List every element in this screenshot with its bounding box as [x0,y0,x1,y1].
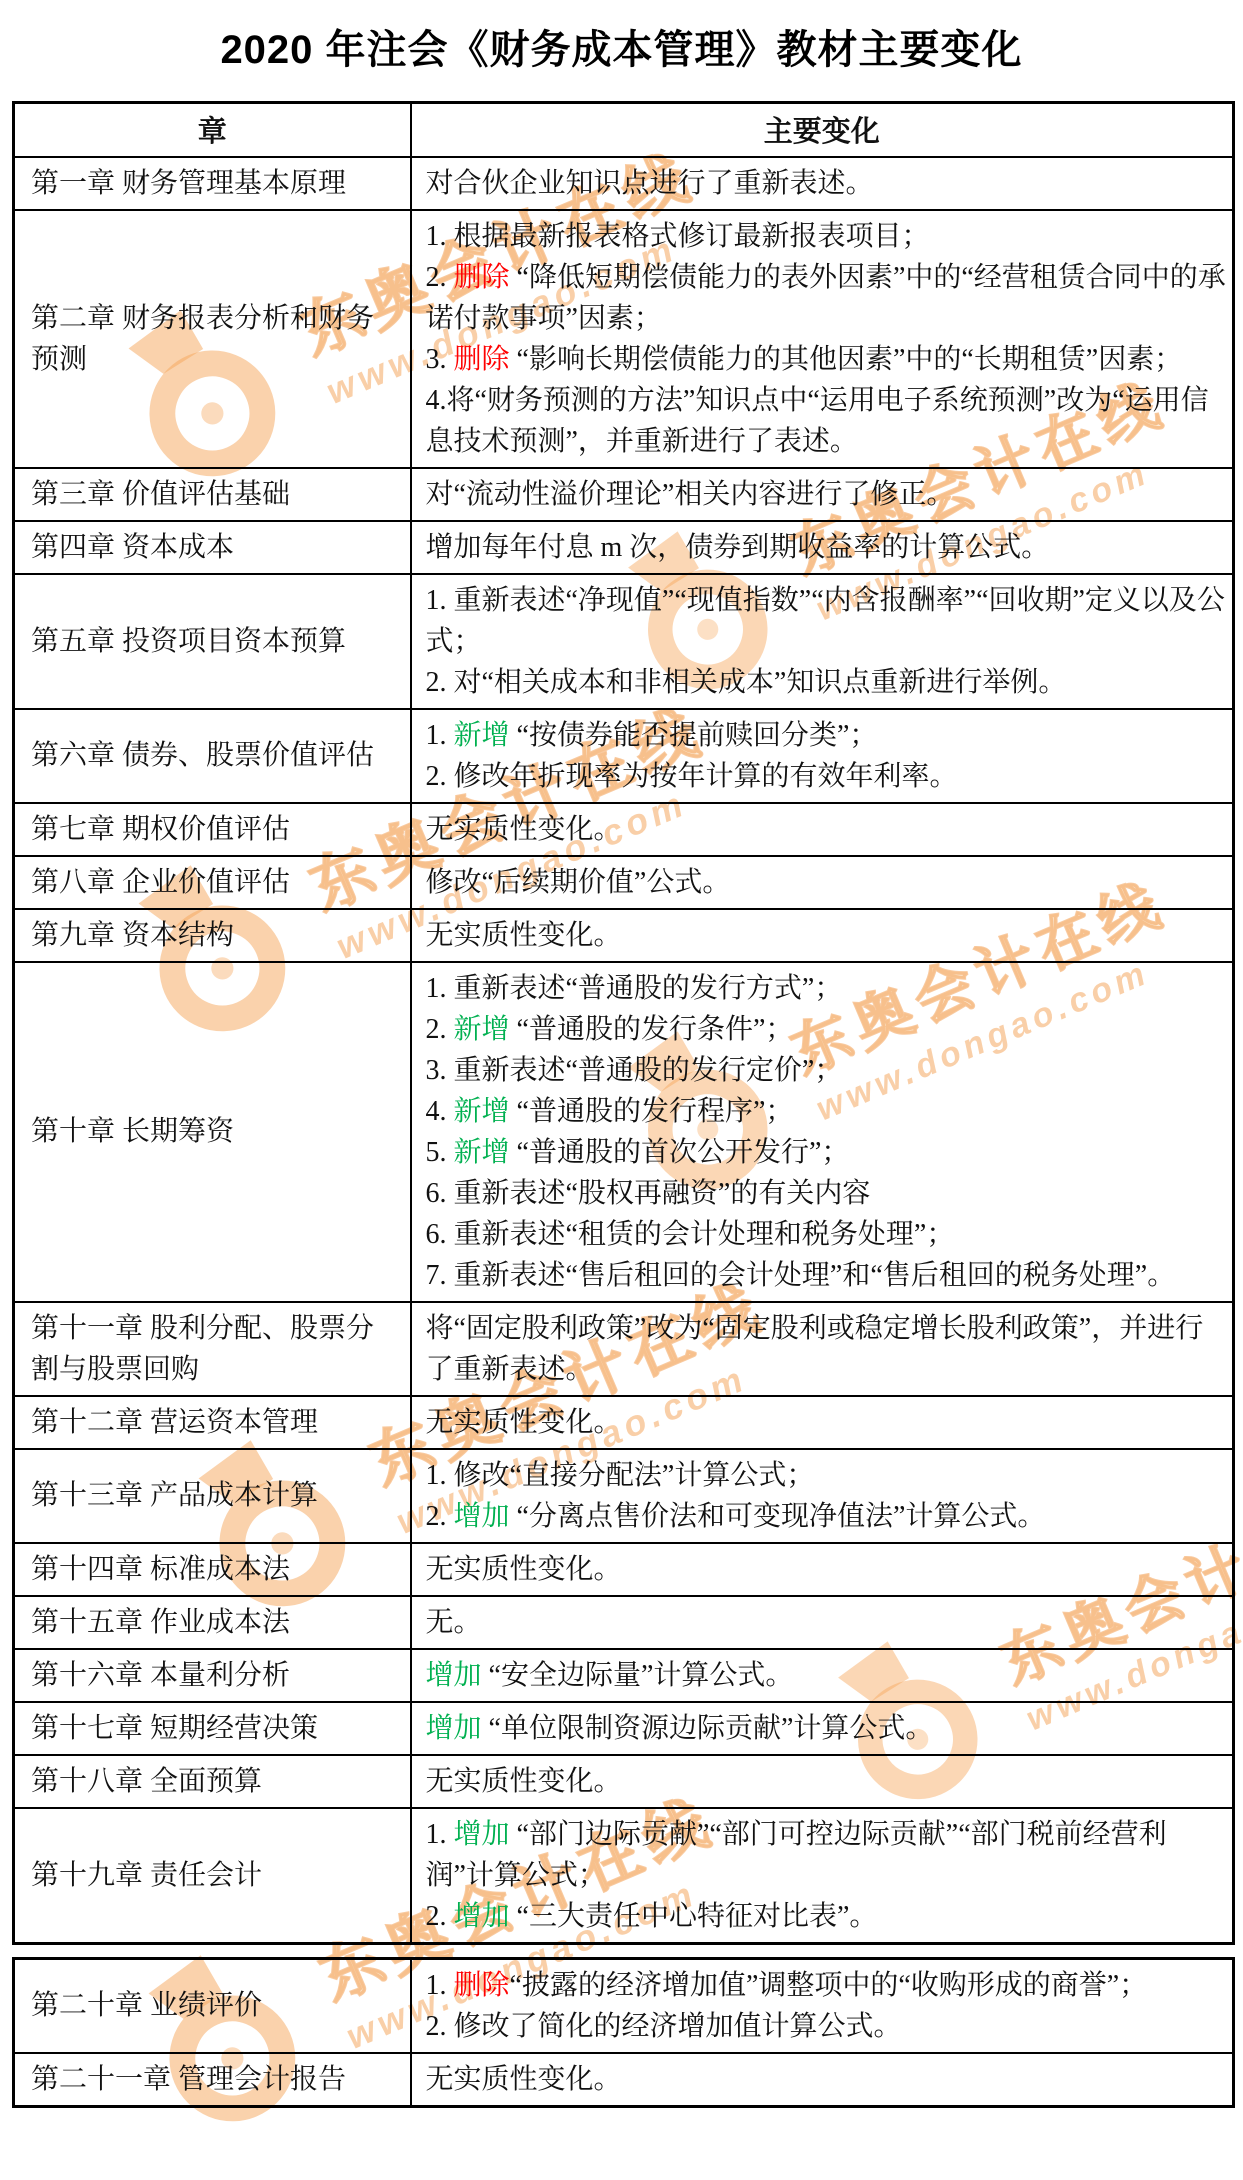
table-row: 第十八章 全面预算无实质性变化。 [14,1755,1234,1808]
table-row: 第十九章 责任会计1. 增加 “部门边际贡献”“部门可控边际贡献”“部门税前经营… [14,1808,1234,1944]
table-row: 第一章 财务管理基本原理对合伙企业知识点进行了重新表述。 [14,157,1234,210]
changes-cell: 对“流动性溢价理论”相关内容进行了修正。 [411,468,1234,521]
change-item: 增加 “单位限制资源边际贡献”计算公式。 [426,1708,1229,1749]
changes-cell: 修改“后续期价值”公式。 [411,856,1234,909]
change-item: 2. 增加 “三大责任中心特征对比表”。 [426,1896,1229,1937]
changes-table-second: 第二十章 业绩评价1. 删除“披露的经济增加值”调整项中的“收购形成的商誉”；2… [12,1957,1235,2108]
changes-cell: 无实质性变化。 [411,909,1234,962]
change-item: 4.将“财务预测的方法”知识点中“运用电子系统预测”改为“运用信息技术预测”，并… [426,380,1229,462]
chapter-cell: 第二十章 业绩评价 [14,1958,411,2053]
page-title: 2020 年注会《财务成本管理》教材主要变化 [0,18,1243,75]
change-item: 3. 删除 “影响长期偿债能力的其他因素”中的“长期租赁”因素； [426,339,1229,380]
added-keyword: 新增 [454,720,510,751]
table-row: 第十六章 本量利分析增加 “安全边际量”计算公式。 [14,1649,1234,1702]
change-item: 2. 增加 “分离点售价法和可变现净值法”计算公式。 [426,1496,1229,1537]
changes-cell: 增加 “单位限制资源边际贡献”计算公式。 [411,1702,1234,1755]
change-item: 1. 新增 “按债券能否提前赎回分类”； [426,715,1229,756]
table-row: 第七章 期权价值评估无实质性变化。 [14,803,1234,856]
change-item: 3. 重新表述“普通股的发行定价”； [426,1050,1229,1091]
column-header-changes: 主要变化 [411,103,1234,157]
change-item: 无。 [426,1602,1229,1643]
tables-container: 章 主要变化 第一章 财务管理基本原理对合伙企业知识点进行了重新表述。第二章 财… [12,101,1232,2108]
changes-cell: 将“固定股利政策”改为“固定股利或稳定增长股利政策”，并进行了重新表述。 [411,1302,1234,1396]
deleted-keyword: 删除 [454,344,510,375]
table-row: 第五章 投资项目资本预算1. 重新表述“净现值”“现值指数”“内含报酬率”“回收… [14,574,1234,709]
chapter-cell: 第十三章 产品成本计算 [14,1449,411,1543]
changes-cell: 无实质性变化。 [411,1755,1234,1808]
change-item: 2. 对“相关成本和非相关成本”知识点重新进行举例。 [426,662,1229,703]
chapter-cell: 第十四章 标准成本法 [14,1543,411,1596]
change-item: 1. 删除“披露的经济增加值”调整项中的“收购形成的商誉”； [426,1965,1229,2006]
chapter-cell: 第十八章 全面预算 [14,1755,411,1808]
added-keyword: 新增 [454,1137,510,1168]
chapter-cell: 第十五章 作业成本法 [14,1596,411,1649]
table-row: 第二十一章 管理会计报告无实质性变化。 [14,2053,1234,2107]
change-item: 1. 修改“直接分配法”计算公式； [426,1455,1229,1496]
table-row: 第九章 资本结构无实质性变化。 [14,909,1234,962]
added-keyword: 新增 [454,1096,510,1127]
change-item: 对合伙企业知识点进行了重新表述。 [426,163,1229,204]
change-item: 修改“后续期价值”公式。 [426,862,1229,903]
change-item: 1. 增加 “部门边际贡献”“部门可控边际贡献”“部门税前经营利润”计算公式； [426,1814,1229,1896]
change-item: 2. 修改年折现率为按年计算的有效年利率。 [426,756,1229,797]
chapter-cell: 第三章 价值评估基础 [14,468,411,521]
change-item: 2. 修改了简化的经济增加值计算公式。 [426,2006,1229,2047]
chapter-cell: 第十二章 营运资本管理 [14,1396,411,1449]
changes-cell: 无实质性变化。 [411,1543,1234,1596]
chapter-cell: 第十七章 短期经营决策 [14,1702,411,1755]
chapter-cell: 第十九章 责任会计 [14,1808,411,1944]
chapter-cell: 第二章 财务报表分析和财务预测 [14,210,411,468]
change-item: 5. 新增 “普通股的首次公开发行”； [426,1132,1229,1173]
chapter-cell: 第十一章 股利分配、股票分割与股票回购 [14,1302,411,1396]
chapter-cell: 第七章 期权价值评估 [14,803,411,856]
changes-cell: 1. 修改“直接分配法”计算公式；2. 增加 “分离点售价法和可变现净值法”计算… [411,1449,1234,1543]
chapter-cell: 第一章 财务管理基本原理 [14,157,411,210]
chapter-cell: 第十章 长期筹资 [14,962,411,1302]
added-keyword: 增加 [426,1660,482,1691]
change-item: 无实质性变化。 [426,809,1229,850]
table-row: 第十一章 股利分配、股票分割与股票回购将“固定股利政策”改为“固定股利或稳定增长… [14,1302,1234,1396]
table-row: 第十五章 作业成本法无。 [14,1596,1234,1649]
changes-cell: 1. 重新表述“普通股的发行方式”；2. 新增 “普通股的发行条件”；3. 重新… [411,962,1234,1302]
change-item: 7. 重新表述“售后租回的会计处理”和“售后租回的税务处理”。 [426,1255,1229,1296]
changes-cell: 对合伙企业知识点进行了重新表述。 [411,157,1234,210]
changes-cell: 1. 删除“披露的经济增加值”调整项中的“收购形成的商誉”；2. 修改了简化的经… [411,1958,1234,2053]
deleted-keyword: 删除 [454,1970,510,2001]
change-item: 1. 重新表述“普通股的发行方式”； [426,968,1229,1009]
added-keyword: 新增 [454,1014,510,1045]
table-row: 第十二章 营运资本管理无实质性变化。 [14,1396,1234,1449]
change-item: 增加 “安全边际量”计算公式。 [426,1655,1229,1696]
chapter-cell: 第四章 资本成本 [14,521,411,574]
changes-cell: 1. 重新表述“净现值”“现值指数”“内含报酬率”“回收期”定义以及公式；2. … [411,574,1234,709]
header-row: 章 主要变化 [14,103,1234,157]
change-item: 无实质性变化。 [426,1549,1229,1590]
changes-cell: 无。 [411,1596,1234,1649]
chapter-cell: 第八章 企业价值评估 [14,856,411,909]
deleted-keyword: 删除 [454,262,510,293]
change-item: 增加每年付息 m 次，债券到期收益率的计算公式。 [426,527,1229,568]
added-keyword: 增加 [454,1901,510,1932]
added-keyword: 增加 [454,1819,510,1850]
change-item: 1. 根据最新报表格式修订最新报表项目； [426,216,1229,257]
changes-cell: 增加 “安全边际量”计算公式。 [411,1649,1234,1702]
change-item: 2. 删除 “降低短期偿债能力的表外因素”中的“经营租赁合同中的承诺付款事项”因… [426,257,1229,339]
table-row: 第三章 价值评估基础对“流动性溢价理论”相关内容进行了修正。 [14,468,1234,521]
change-item: 1. 重新表述“净现值”“现值指数”“内含报酬率”“回收期”定义以及公式； [426,580,1229,662]
change-item: 无实质性变化。 [426,2059,1229,2100]
table-row: 第八章 企业价值评估修改“后续期价值”公式。 [14,856,1234,909]
changes-cell: 1. 根据最新报表格式修订最新报表项目；2. 删除 “降低短期偿债能力的表外因素… [411,210,1234,468]
column-header-chapter: 章 [14,103,411,157]
table-row: 第十章 长期筹资1. 重新表述“普通股的发行方式”；2. 新增 “普通股的发行条… [14,962,1234,1302]
table-row: 第六章 债券、股票价值评估1. 新增 “按债券能否提前赎回分类”；2. 修改年折… [14,709,1234,803]
table-row: 第十四章 标准成本法无实质性变化。 [14,1543,1234,1596]
page: 东奥会计在线 www.dongao.com 东奥会计在线 www.dongao.… [0,0,1243,2180]
change-item: 6. 重新表述“股权再融资”的有关内容 [426,1173,1229,1214]
table-row: 第十七章 短期经营决策增加 “单位限制资源边际贡献”计算公式。 [14,1702,1234,1755]
change-item: 6. 重新表述“租赁的会计处理和税务处理”； [426,1214,1229,1255]
change-item: 无实质性变化。 [426,915,1229,956]
changes-cell: 无实质性变化。 [411,803,1234,856]
change-item: 无实质性变化。 [426,1761,1229,1802]
change-item: 无实质性变化。 [426,1402,1229,1443]
added-keyword: 增加 [426,1713,482,1744]
change-item: 将“固定股利政策”改为“固定股利或稳定增长股利政策”，并进行了重新表述。 [426,1308,1229,1390]
table-row: 第四章 资本成本增加每年付息 m 次，债券到期收益率的计算公式。 [14,521,1234,574]
changes-cell: 1. 增加 “部门边际贡献”“部门可控边际贡献”“部门税前经营利润”计算公式；2… [411,1808,1234,1944]
table-row: 第二章 财务报表分析和财务预测1. 根据最新报表格式修订最新报表项目；2. 删除… [14,210,1234,468]
changes-cell: 增加每年付息 m 次，债券到期收益率的计算公式。 [411,521,1234,574]
changes-cell: 无实质性变化。 [411,2053,1234,2107]
table-row: 第十三章 产品成本计算1. 修改“直接分配法”计算公式；2. 增加 “分离点售价… [14,1449,1234,1543]
added-keyword: 增加 [454,1501,510,1532]
chapter-cell: 第六章 债券、股票价值评估 [14,709,411,803]
changes-cell: 无实质性变化。 [411,1396,1234,1449]
table-row: 第二十章 业绩评价1. 删除“披露的经济增加值”调整项中的“收购形成的商誉”；2… [14,1958,1234,2053]
chapter-cell: 第十六章 本量利分析 [14,1649,411,1702]
change-item: 对“流动性溢价理论”相关内容进行了修正。 [426,474,1229,515]
chapter-cell: 第五章 投资项目资本预算 [14,574,411,709]
chapter-cell: 第九章 资本结构 [14,909,411,962]
changes-cell: 1. 新增 “按债券能否提前赎回分类”；2. 修改年折现率为按年计算的有效年利率… [411,709,1234,803]
change-item: 2. 新增 “普通股的发行条件”； [426,1009,1229,1050]
change-item: 4. 新增 “普通股的发行程序”； [426,1091,1229,1132]
chapter-cell: 第二十一章 管理会计报告 [14,2053,411,2107]
changes-table-main: 章 主要变化 第一章 财务管理基本原理对合伙企业知识点进行了重新表述。第二章 财… [12,101,1235,1945]
